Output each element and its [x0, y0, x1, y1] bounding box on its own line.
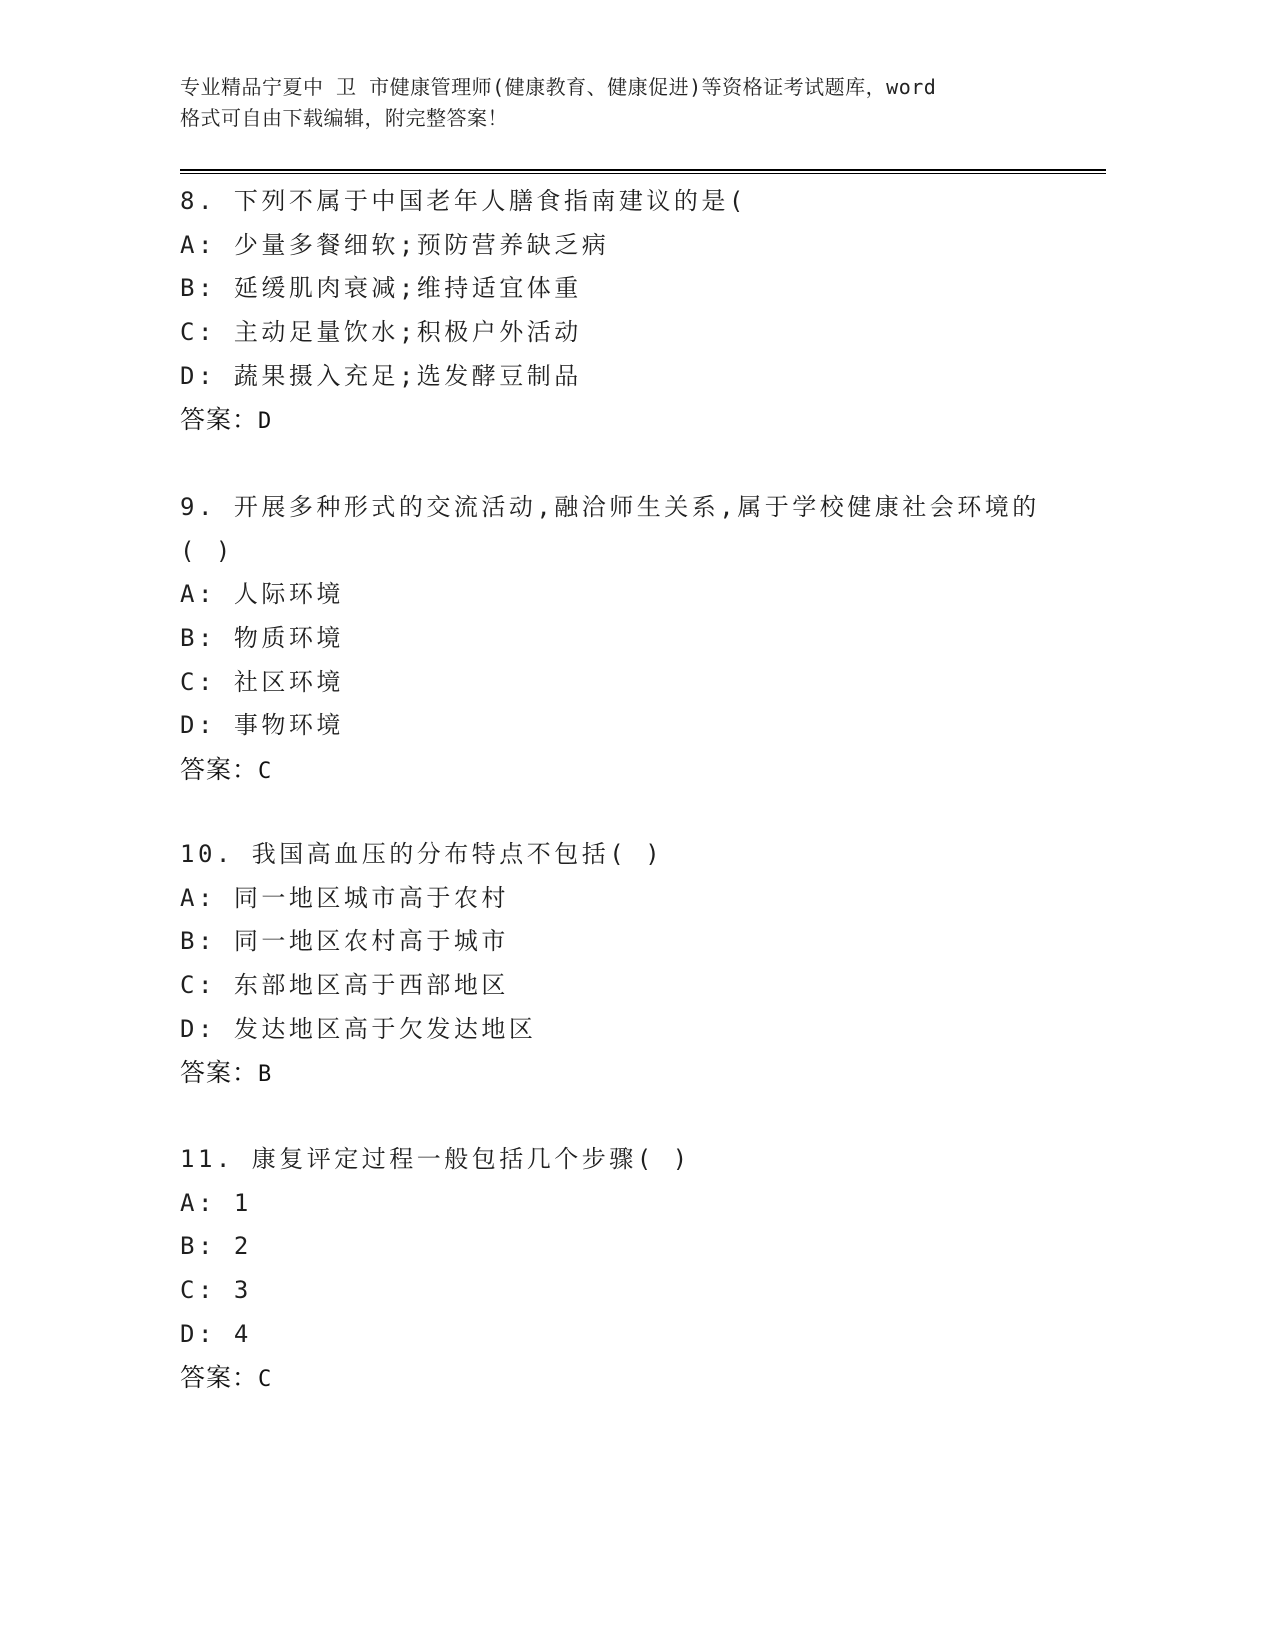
- header-divider-thick: [180, 169, 1106, 171]
- answer-value: D: [258, 409, 272, 434]
- header-divider-thin: [180, 173, 1106, 174]
- option-d: D: 事物环境: [180, 704, 1080, 748]
- option-c: C: 主动足量饮水;积极户外活动: [180, 311, 1080, 355]
- option-c: C: 东部地区高于西部地区: [180, 964, 1080, 1008]
- header-line-1: 专业精品宁夏中 卫 市健康管理师(健康教育、健康促进)等资格证考试题库，word: [180, 72, 1080, 103]
- answer-label: 答案：: [180, 1058, 258, 1087]
- question-stem: 8. 下列不属于中国老年人膳食指南建议的是(: [180, 180, 1080, 224]
- option-a: A: 人际环境: [180, 573, 1080, 617]
- option-c: C: 社区环境: [180, 661, 1080, 705]
- answer-label: 答案：: [180, 1363, 258, 1392]
- option-d: D: 蔬果摄入充足;选发酵豆制品: [180, 355, 1080, 399]
- question-9: 9. 开展多种形式的交流活动,融洽师生关系,属于学校健康社会环境的 ( ) A:…: [180, 486, 1080, 792]
- question-stem: 11. 康复评定过程一般包括几个步骤( ): [180, 1138, 1080, 1182]
- option-a: A: 少量多餐细软;预防营养缺乏病: [180, 224, 1080, 268]
- answer-label: 答案：: [180, 405, 258, 434]
- answer-value: B: [258, 1062, 272, 1087]
- question-stem: 10. 我国高血压的分布特点不包括( ): [180, 833, 1080, 877]
- document-header: 专业精品宁夏中 卫 市健康管理师(健康教育、健康促进)等资格证考试题库，word…: [180, 72, 1080, 134]
- option-c: C: 3: [180, 1269, 1080, 1313]
- option-d: D: 4: [180, 1313, 1080, 1357]
- option-d: D: 发达地区高于欠发达地区: [180, 1008, 1080, 1052]
- answer-label: 答案：: [180, 755, 258, 784]
- option-b: B: 物质环境: [180, 617, 1080, 661]
- option-a: A: 同一地区城市高于农村: [180, 877, 1080, 921]
- option-b: B: 同一地区农村高于城市: [180, 920, 1080, 964]
- question-stem-continuation: ( ): [180, 530, 1080, 574]
- answer-line: 答案：C: [180, 1356, 1080, 1400]
- option-a: A: 1: [180, 1182, 1080, 1226]
- header-line-2: 格式可自由下载编辑，附完整答案！: [180, 103, 1080, 134]
- question-8: 8. 下列不属于中国老年人膳食指南建议的是( A: 少量多餐细软;预防营养缺乏病…: [180, 180, 1080, 442]
- answer-value: C: [258, 1367, 272, 1392]
- question-11: 11. 康复评定过程一般包括几个步骤( ) A: 1 B: 2 C: 3 D: …: [180, 1138, 1080, 1400]
- answer-value: C: [258, 759, 272, 784]
- option-b: B: 延缓肌肉衰减;维持适宜体重: [180, 267, 1080, 311]
- answer-line: 答案：B: [180, 1051, 1080, 1095]
- question-stem: 9. 开展多种形式的交流活动,融洽师生关系,属于学校健康社会环境的: [180, 486, 1080, 530]
- option-b: B: 2: [180, 1225, 1080, 1269]
- question-10: 10. 我国高血压的分布特点不包括( ) A: 同一地区城市高于农村 B: 同一…: [180, 833, 1080, 1095]
- answer-line: 答案：D: [180, 398, 1080, 442]
- answer-line: 答案：C: [180, 748, 1080, 792]
